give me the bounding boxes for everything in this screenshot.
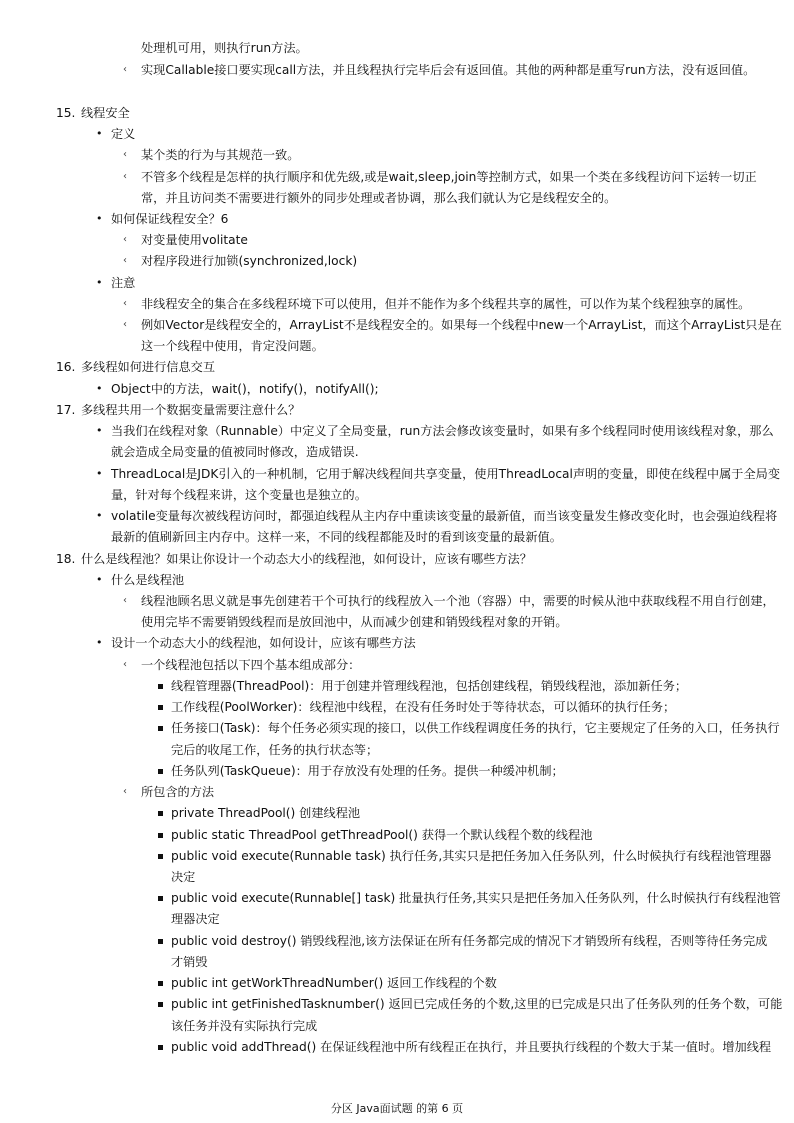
bullet-open-circle-icon: ‹: [123, 591, 127, 611]
list-item-text: 当我们在线程对象（Runnable）中定义了全局变量，run方法会修改该变量时，…: [111, 421, 774, 441]
bullet-dot-icon: •: [96, 570, 103, 590]
list-item-text: 定义: [111, 124, 135, 144]
list-item-text: 这一个线程中使用，肯定没问题。: [141, 336, 324, 356]
list-item-text: 该任务并没有实际执行完成: [171, 1016, 317, 1036]
list-number: 17.: [56, 400, 75, 420]
list-item-text: 任务接口(Task)：每个任务必须实现的接口，以供工作线程调度任务的执行，它主要…: [171, 718, 780, 738]
list-item-text: 处理机可用，则执行run方法。: [141, 38, 308, 58]
list-item-text: 线程池顾名思义就是事先创建若干个可执行的线程放入一个池（容器）中，需要的时候从池…: [141, 591, 775, 611]
bullet-dot-icon: •: [96, 273, 103, 293]
list-item-text: 对程序段进行加锁(synchronized,lock): [141, 251, 357, 271]
bullet-open-circle-icon: ‹: [123, 782, 127, 802]
bullet-square-icon: [158, 769, 163, 774]
bullet-dot-icon: •: [96, 379, 103, 399]
list-item-text: public void execute(Runnable task) 执行任务,…: [171, 846, 771, 866]
bullet-dot-icon: •: [96, 209, 103, 229]
bullet-open-circle-icon: ‹: [123, 60, 127, 80]
bullet-open-circle-icon: ‹: [123, 145, 127, 165]
list-item-text: 设计一个动态大小的线程池，如何设计，应该有哪些方法: [111, 633, 416, 653]
list-item-text: public void destroy() 销毁线程池,该方法保证在所有任务都完…: [171, 931, 767, 951]
list-item-text: 如何保证线程安全？6: [111, 209, 228, 229]
list-item-text: 对变量使用volitate: [141, 230, 248, 250]
list-number: 18.: [56, 549, 75, 569]
bullet-square-icon: [158, 833, 163, 838]
list-item-text: 使用完毕不需要销毁线程而是放回池中，从而减少创建和销毁线程对象的开销。: [141, 612, 568, 632]
list-item-text: 理器决定: [171, 909, 220, 929]
list-item-text: 所包含的方法: [141, 782, 214, 802]
bullet-dot-icon: •: [96, 464, 103, 484]
list-item-text: public int getWorkThreadNumber() 返回工作线程的…: [171, 973, 497, 993]
list-item-text: public void addThread() 在保证线程池中所有线程正在执行，…: [171, 1037, 771, 1057]
list-item-text: ThreadLocal是JDK引入的一种机制，它用于解决线程间共享变量，使用Th…: [111, 464, 780, 484]
bullet-dot-icon: •: [96, 506, 103, 526]
list-item-text: private ThreadPool() 创建线程池: [171, 803, 360, 823]
list-item-text: 任务队列(TaskQueue)：用于存放没有处理的任务。提供一种缓冲机制；: [171, 761, 564, 781]
bullet-open-circle-icon: ‹: [123, 655, 127, 675]
bullet-square-icon: [158, 939, 163, 944]
list-item-text: 不管多个线程是怎样的执行顺序和优先级,或是wait,sleep,join等控制方…: [141, 167, 757, 187]
section-heading: 线程安全: [81, 103, 130, 123]
list-item-text: public void execute(Runnable[] task) 批量执…: [171, 888, 781, 908]
list-item-text: public static ThreadPool getThreadPool()…: [171, 825, 592, 845]
bullet-open-circle-icon: ‹: [123, 315, 127, 335]
bullet-open-circle-icon: ‹: [123, 251, 127, 271]
bullet-dot-icon: •: [96, 421, 103, 441]
bullet-square-icon: [158, 705, 163, 710]
section-heading: 多线程共用一个数据变量需要注意什么？: [81, 400, 300, 420]
list-item-text: 就会造成全局变量的值被同时修改，造成错误.: [111, 442, 359, 462]
list-item-text: 常，并且访问类不需要进行额外的同步处理或者协调，那么我们就认为它是线程安全的。: [141, 188, 616, 208]
bullet-square-icon: [158, 726, 163, 731]
bullet-square-icon: [158, 981, 163, 986]
list-item-text: 线程管理器(ThreadPool)：用于创建并管理线程池，包括创建线程，销毁线程…: [171, 676, 687, 696]
list-item-text: 决定: [171, 867, 195, 887]
bullet-open-circle-icon: ‹: [123, 230, 127, 250]
bullet-square-icon: [158, 896, 163, 901]
bullet-square-icon: [158, 811, 163, 816]
bullet-square-icon: [158, 1045, 163, 1050]
list-item-text: 最新的值刷新回主内存中。这样一来，不同的线程都能及时的看到该变量的最新值。: [111, 527, 562, 547]
list-item-text: 一个线程池包括以下四个基本组成部分：: [141, 655, 360, 675]
list-number: 15.: [56, 103, 75, 123]
list-item-text: 注意: [111, 273, 135, 293]
section-heading: 多线程如何进行信息交互: [81, 357, 215, 377]
list-item-text: 例如Vector是线程安全的，ArrayList不是线程安全的。如果每一个线程中…: [141, 315, 782, 335]
list-item-text: 实现Callable接口要实现call方法，并且线程执行完毕后会有返回值。其他的…: [141, 60, 755, 80]
list-item-text: 工作线程(PoolWorker)：线程池中线程，在没有任务时处于等待状态，可以循…: [171, 697, 675, 717]
section-heading: 什么是线程池？如果让你设计一个动态大小的线程池，如何设计，应该有哪些方法？: [81, 549, 532, 569]
page-footer: 分区 Java面试题 的第 6 页: [0, 1101, 794, 1117]
list-number: 16.: [56, 357, 75, 377]
bullet-dot-icon: •: [96, 633, 103, 653]
bullet-open-circle-icon: ‹: [123, 167, 127, 187]
list-item-text: 才销毁: [171, 952, 208, 972]
list-item-text: public int getFinishedTasknumber() 返回已完成…: [171, 994, 782, 1014]
bullet-square-icon: [158, 854, 163, 859]
bullet-square-icon: [158, 684, 163, 689]
bullet-square-icon: [158, 1002, 163, 1007]
list-item-text: 完后的收尾工作，任务的执行状态等；: [171, 740, 378, 760]
bullet-open-circle-icon: ‹: [123, 294, 127, 314]
list-item-text: 某个类的行为与其规范一致。: [141, 145, 299, 165]
list-item-text: 什么是线程池: [111, 570, 184, 590]
list-item-text: volatile变量每次被线程访问时，都强迫线程从主内存中重读该变量的最新值，而…: [111, 506, 777, 526]
list-item-text: Object中的方法，wait()，notify()，notifyAll();: [111, 379, 379, 399]
bullet-dot-icon: •: [96, 124, 103, 144]
list-item-text: 量，针对每个线程来讲，这个变量也是独立的。: [111, 485, 367, 505]
list-item-text: 非线程安全的集合在多线程环境下可以使用，但并不能作为多个线程共享的属性，可以作为…: [141, 294, 750, 314]
